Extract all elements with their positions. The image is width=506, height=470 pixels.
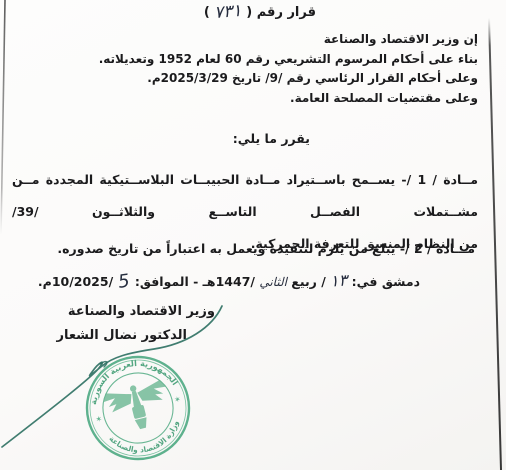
decree-intro: يقرر ما يلي: [233,131,310,146]
preamble-public-interest-line: وعلى مقتضيات المصلحة العامة. [40,89,478,109]
decree-document: قرار رقم ( ٧٣١ ) إن وزير الاقتصاد والصنا… [0,0,506,470]
decree-number-label: قرار رقم ( [246,5,316,20]
stamp-star-left-icon: ✶ [95,414,104,424]
stamp-eagle-icon [101,378,174,436]
signatory-title: وزير الاقتصاد والصناعة [68,304,215,319]
preamble: إن وزير الاقتصاد والصناعة بناء على أحكام… [40,30,478,108]
decree-number-handwritten: ٧٣١ [214,1,243,23]
preamble-legislative-decree-line: بناء على أحكام المرسوم التشريعي رقم 60 ل… [40,50,478,70]
decree-number-line: قرار رقم ( ٧٣١ ) [204,1,316,21]
article-1-line-1: مــادة / 1 /- يســمح باســتيراد مــادة ا… [12,164,478,228]
preamble-minister-line: إن وزير الاقتصاد والصناعة [40,30,478,50]
hijri-day-handwritten: ١٣ [329,270,347,290]
stamp-star-right-icon: ✶ [173,395,182,405]
hijri-month-handwritten: الثاني [259,275,287,289]
gregorian-day-handwritten: 5 [116,270,132,293]
date-line: دمشق في: ١٣ / ربيع الثاني /1447هـ - المو… [38,270,420,291]
hijri-year-and-match: /1447هـ - الموافق: [130,274,255,289]
date-prefix: دمشق في: [347,274,420,289]
gregorian-date-tail: /10/2025م. [38,274,113,289]
preamble-presidential-decision-line: وعلى أحكام القرار الرئاسي رقم /9/ تاريخ … [40,69,478,89]
official-stamp: الجمهورية العربية السورية وزارة الاقتصاد… [66,336,212,470]
article-2: مـــادة / 2 /- يبلغ من يلزم لتنفيذه ويعم… [57,241,475,256]
decree-number-close-paren: ) [204,5,210,20]
hijri-month-prefix: / ربيع [287,274,326,289]
